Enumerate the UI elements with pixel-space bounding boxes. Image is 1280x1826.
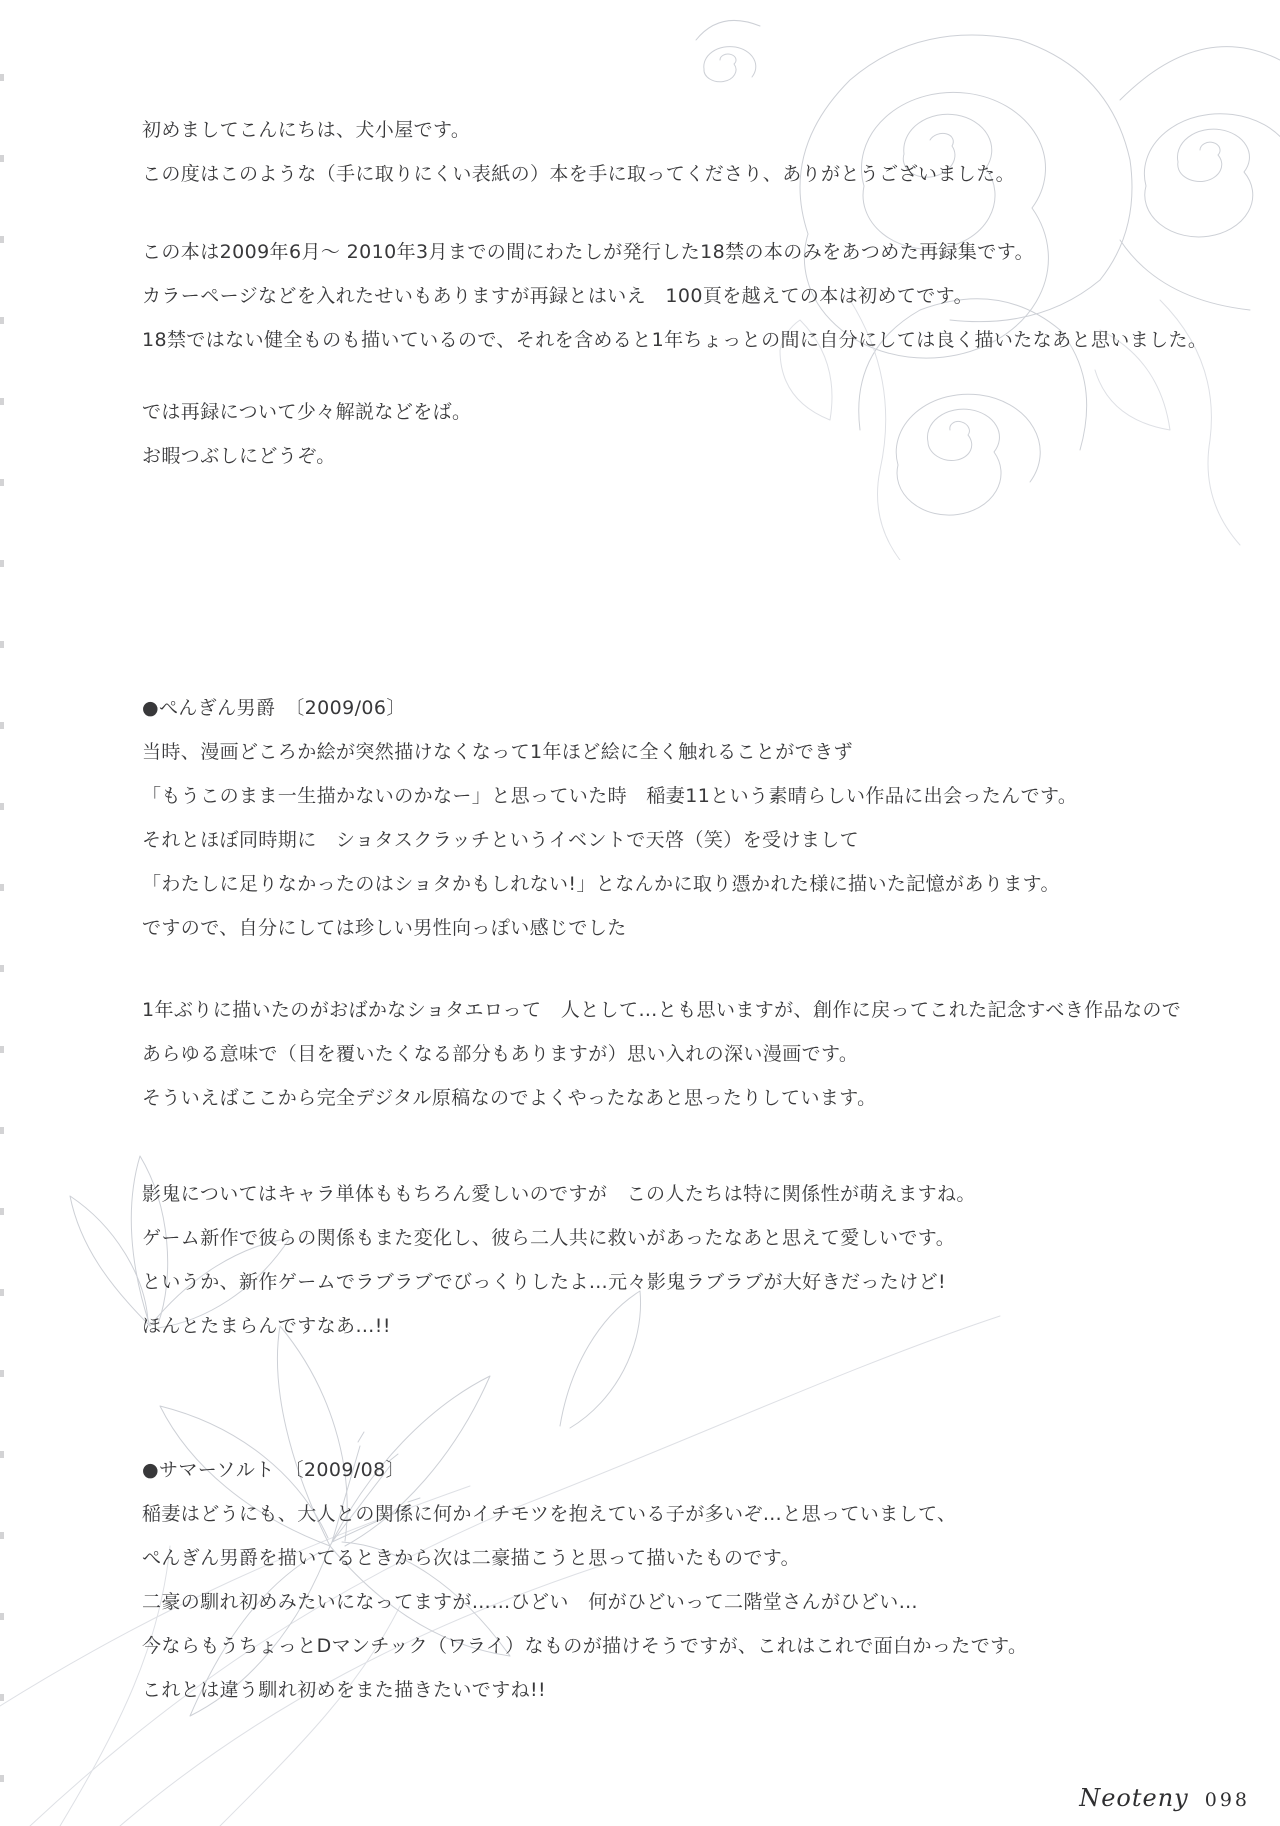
text-line: 18禁ではない健全ものも描いているので、それを含めると1年ちょっとの間に自分にし…: [142, 318, 1222, 362]
text-line: カラーページなどを入れたせいもありますが再録とはいえ 100頁を越えての本は初め…: [142, 274, 1222, 318]
text-line: ほんとたまらんですなあ…!!: [142, 1304, 1222, 1348]
text-line: ですので、自分にしては珍しい男性向っぽい感じでした: [142, 906, 1222, 950]
text-line: それとほぼ同時期に ショタスクラッチというイベントで天啓（笑）を受けまして: [142, 818, 1222, 862]
text-line: というか、新作ゲームでラブラブでびっくりしたよ…元々影鬼ラブラブが大好きだったけ…: [142, 1260, 1222, 1304]
book-info-paragraph: この本は2009年6月～ 2010年3月までの間にわたしが発行した18禁の本のみ…: [142, 230, 1222, 362]
text-line: この度はこのような（手に取りにくい表紙の）本を手に取ってくださり、ありがとうござ…: [142, 152, 1222, 196]
doujin-afterword-page: 初めましてこんにちは、犬小屋です。 この度はこのような（手に取りにくい表紙の）本…: [0, 0, 1280, 1826]
text-line: 「もうこのまま一生描かないのかなー」と思っていた時 稲妻11という素晴らしい作品…: [142, 774, 1222, 818]
preamble-paragraph: では再録について少々解説などをば。 お暇つぶしにどうぞ。: [142, 390, 1222, 478]
text-line: この本は2009年6月～ 2010年3月までの間にわたしが発行した18禁の本のみ…: [142, 230, 1222, 274]
text-line: 「わたしに足りなかったのはショタかもしれない!」となんかに取り憑かれた様に描いた…: [142, 862, 1222, 906]
afterword-text: 初めましてこんにちは、犬小屋です。 この度はこのような（手に取りにくい表紙の）本…: [142, 0, 1222, 1712]
summersalt-paragraph-1: 稲妻はどうにも、大人との関係に何かイチモツを抱えている子が多いぞ…と思っていまし…: [142, 1492, 1222, 1712]
text-line: 二豪の馴れ初めみたいになってますが……ひどい 何がひどいって二階堂さんがひどい…: [142, 1580, 1222, 1624]
penguin-baron-paragraph-2: 1年ぶりに描いたのがおばかなショタエロって 人として…とも思いますが、創作に戻っ…: [142, 988, 1222, 1120]
circle-logo: Neoteny: [1079, 1784, 1189, 1812]
scan-edge-artifacts: [0, 0, 4, 1826]
section-heading-summersalt: ●サマーソルト 〔2009/08〕: [142, 1448, 1222, 1492]
text-line: あらゆる意味で（目を覆いたくなる部分もありますが）思い入れの深い漫画です。: [142, 1032, 1222, 1076]
section-heading-penguin-baron: ●ぺんぎん男爵 〔2009/06〕: [142, 686, 1222, 730]
text-line: 1年ぶりに描いたのがおばかなショタエロって 人として…とも思いますが、創作に戻っ…: [142, 988, 1222, 1032]
text-line: 初めましてこんにちは、犬小屋です。: [142, 108, 1222, 152]
page-footer: Neoteny 098: [1079, 1784, 1250, 1812]
text-line: お暇つぶしにどうぞ。: [142, 434, 1222, 478]
page-number: 098: [1205, 1789, 1250, 1811]
penguin-baron-paragraph-1: 当時、漫画どころか絵が突然描けなくなって1年ほど絵に全く触れることができず 「も…: [142, 730, 1222, 950]
text-line: 当時、漫画どころか絵が突然描けなくなって1年ほど絵に全く触れることができず: [142, 730, 1222, 774]
text-line: では再録について少々解説などをば。: [142, 390, 1222, 434]
text-line: 影鬼についてはキャラ単体ももちろん愛しいのですが この人たちは特に関係性が萌えま…: [142, 1172, 1222, 1216]
text-line: そういえばここから完全デジタル原稿なのでよくやったなあと思ったりしています。: [142, 1076, 1222, 1120]
text-line: これとは違う馴れ初めをまた描きたいですね!!: [142, 1668, 1222, 1712]
text-line: 稲妻はどうにも、大人との関係に何かイチモツを抱えている子が多いぞ…と思っていまし…: [142, 1492, 1222, 1536]
text-line: ゲーム新作で彼らの関係もまた変化し、彼ら二人共に救いがあったなあと思えて愛しいで…: [142, 1216, 1222, 1260]
penguin-baron-paragraph-3: 影鬼についてはキャラ単体ももちろん愛しいのですが この人たちは特に関係性が萌えま…: [142, 1172, 1222, 1348]
greeting-paragraph: 初めましてこんにちは、犬小屋です。 この度はこのような（手に取りにくい表紙の）本…: [142, 108, 1222, 196]
text-line: 今ならもうちょっとDマンチック（ワライ）なものが描けそうですが、これはこれで面白…: [142, 1624, 1222, 1668]
text-line: ぺんぎん男爵を描いてるときから次は二豪描こうと思って描いたものです。: [142, 1536, 1222, 1580]
